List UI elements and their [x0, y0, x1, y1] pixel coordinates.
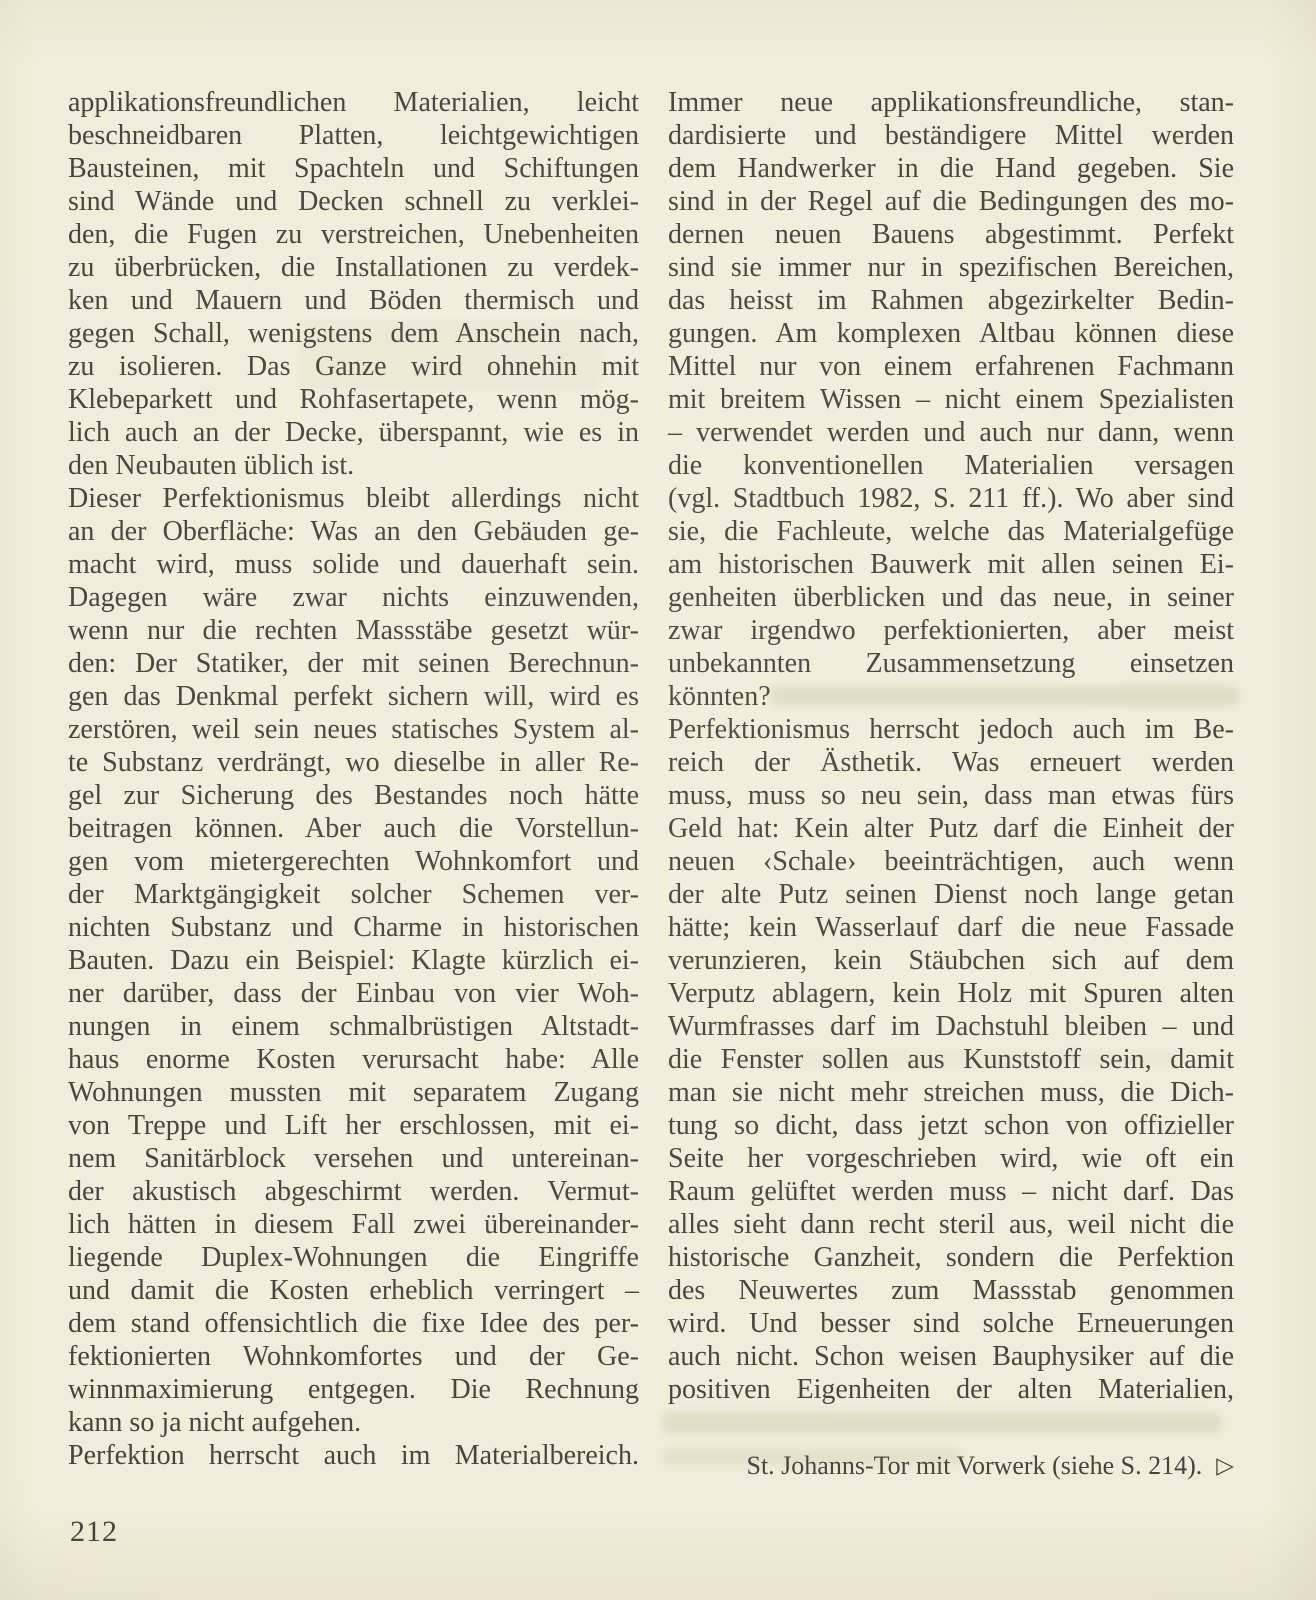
text-line: kann so ja nicht aufgehen. [68, 1406, 639, 1439]
text-line: nem Sanitärblock versehen und untereinan… [68, 1142, 639, 1175]
text-line: nungen in einem schmalbrüstigen Altstadt… [68, 1010, 639, 1043]
text-line: genheiten überblicken und das neue, in s… [668, 581, 1234, 614]
text-line: verunzieren, kein Stäubchen sich auf dem [668, 944, 1234, 977]
text-line: könnten? [668, 680, 1234, 713]
text-line: die Fenster sollen aus Kunststoff sein, … [668, 1043, 1234, 1076]
left-text-column: applikationsfreundlichen Materialien, le… [68, 86, 639, 1472]
text-line: Raum gelüftet werden muss – nicht darf. … [668, 1175, 1234, 1208]
text-line: Dieser Perfektionismus bleibt allerdings… [68, 482, 639, 515]
text-line: reich der Ästhetik. Was erneuert werden [668, 746, 1234, 779]
text-line: lich auch an der Decke, überspannt, wie … [68, 416, 639, 449]
text-line: applikationsfreundlichen Materialien, le… [68, 86, 639, 119]
text-line: ner darüber, dass der Einbau von vier Wo… [68, 977, 639, 1010]
text-line: Klebeparkett und Rohfasertapete, wenn mö… [68, 383, 639, 416]
text-line: macht wird, muss solide und dauerhaft se… [68, 548, 639, 581]
text-line: mit breitem Wissen – nicht einem Spezial… [668, 383, 1234, 416]
text-line: den: Der Statiker, der mit seinen Berech… [68, 647, 639, 680]
text-line: auch nicht. Schon weisen Bauphysiker auf… [668, 1340, 1234, 1373]
text-line: dem stand offensichtlich die fixe Idee d… [68, 1307, 639, 1340]
text-line: dem Handwerker in die Hand gegeben. Sie [668, 152, 1234, 185]
text-line: den, die Fugen zu verstreichen, Unebenhe… [68, 218, 639, 251]
text-line: beitragen können. Aber auch die Vorstell… [68, 812, 639, 845]
text-line: neuen ‹Schale› beeinträchtigen, auch wen… [668, 845, 1234, 878]
text-line: von Treppe und Lift her erschlossen, mit… [68, 1109, 639, 1142]
text-line: – verwendet werden und auch nur dann, we… [668, 416, 1234, 449]
text-line: alles sieht dann recht steril aus, weil … [668, 1208, 1234, 1241]
page-number: 212 [70, 1515, 118, 1549]
text-line: an der Oberfläche: Was an den Gebäuden g… [68, 515, 639, 548]
text-line: tung so dicht, dass jetzt schon von offi… [668, 1109, 1234, 1142]
text-line: te Substanz verdrängt, wo dieselbe in al… [68, 746, 639, 779]
photo-caption: St. Johanns-Tor mit Vorwerk (siehe S. 21… [668, 1449, 1234, 1484]
text-line: Seite her vorgeschrieben wird, wie oft e… [668, 1142, 1234, 1175]
text-line: Immer neue applikationsfreundliche, stan… [668, 86, 1234, 119]
show-through-artifact [662, 1412, 1222, 1434]
text-line: Wohnungen mussten mit separatem Zugang [68, 1076, 639, 1109]
text-line: ken und Mauern und Böden thermisch und [68, 284, 639, 317]
text-line: zu isolieren. Das Ganze wird ohnehin mit [68, 350, 639, 383]
text-line: dardisierte und beständigere Mittel werd… [668, 119, 1234, 152]
book-page: applikationsfreundlichen Materialien, le… [0, 0, 1316, 1600]
text-line: unbekannten Zusammensetzung einsetzen [668, 647, 1234, 680]
caption-arrow-icon: ▷ [1216, 1453, 1234, 1479]
text-line: gegen Schall, wenigstens dem Anschein na… [68, 317, 639, 350]
text-line: Bausteinen, mit Spachteln und Schiftunge… [68, 152, 639, 185]
text-line: wird. Und besser sind solche Erneuerunge… [668, 1307, 1234, 1340]
text-line: sind in der Regel auf die Bedingungen de… [668, 185, 1234, 218]
text-line: gungen. Am komplexen Altbau können diese [668, 317, 1234, 350]
text-line: am historischen Bauwerk mit allen seinen… [668, 548, 1234, 581]
text-line: historische Ganzheit, sondern die Perfek… [668, 1241, 1234, 1274]
text-line: Verputz ablagern, kein Holz mit Spuren a… [668, 977, 1234, 1010]
text-line: gen das Denkmal perfekt sichern will, wi… [68, 680, 639, 713]
text-line: der Marktgängigkeit solcher Schemen ver- [68, 878, 639, 911]
text-line: der akustisch abgeschirmt werden. Vermut… [68, 1175, 639, 1208]
text-line: den Neubauten üblich ist. [68, 449, 639, 482]
text-line: das heisst im Rahmen abgezirkelter Bedin… [668, 284, 1234, 317]
text-line: zwar irgendwo perfektionierten, aber mei… [668, 614, 1234, 647]
text-line: hätte; kein Wasserlauf darf die neue Fas… [668, 911, 1234, 944]
text-line: haus enorme Kosten verursacht habe: Alle [68, 1043, 639, 1076]
text-line: winnmaximierung entgegen. Die Rechnung [68, 1373, 639, 1406]
text-line: dernen neuen Bauens abgestimmt. Perfekt [668, 218, 1234, 251]
text-line: sind sie immer nur in spezifischen Berei… [668, 251, 1234, 284]
text-line: Geld hat: Kein alter Putz darf die Einhe… [668, 812, 1234, 845]
text-line: man sie nicht mehr streichen muss, die D… [668, 1076, 1234, 1109]
text-line: Perfektion herrscht auch im Materialbere… [68, 1439, 639, 1472]
text-line: zu überbrücken, die Installationen zu ve… [68, 251, 639, 284]
text-line: sind Wände und Decken schnell zu verklei… [68, 185, 639, 218]
text-line: und damit die Kosten erheblich verringer… [68, 1274, 639, 1307]
text-line: Bauten. Dazu ein Beispiel: Klagte kürzli… [68, 944, 639, 977]
text-line: positiven Eigenheiten der alten Material… [668, 1373, 1234, 1406]
text-line: (vgl. Stadtbuch 1982, S. 211 ff.). Wo ab… [668, 482, 1234, 515]
right-text-column: Immer neue applikationsfreundliche, stan… [668, 86, 1234, 1406]
text-line: nichten Substanz und Charme in historisc… [68, 911, 639, 944]
text-line: gen vom mietergerechten Wohnkomfort und [68, 845, 639, 878]
text-line: Dagegen wäre zwar nichts einzuwenden, [68, 581, 639, 614]
text-line: der alte Putz seinen Dienst noch lange g… [668, 878, 1234, 911]
text-line: gel zur Sicherung des Bestandes noch hät… [68, 779, 639, 812]
text-line: muss, muss so neu sein, dass man etwas f… [668, 779, 1234, 812]
text-line: fektionierten Wohnkomfortes und der Ge- [68, 1340, 639, 1373]
text-line: des Neuwertes zum Massstab genommen [668, 1274, 1234, 1307]
text-line: sie, die Fachleute, welche das Materialg… [668, 515, 1234, 548]
text-line: zerstören, weil sein neues statisches Sy… [68, 713, 639, 746]
text-line: beschneidbaren Platten, leichtgewichtige… [68, 119, 639, 152]
photo-caption-text: St. Johanns-Tor mit Vorwerk (siehe S. 21… [746, 1451, 1202, 1480]
text-line: Wurmfrasses darf im Dachstuhl bleiben – … [668, 1010, 1234, 1043]
text-line: die konventionellen Materialien versagen [668, 449, 1234, 482]
text-line: Perfektionismus herrscht jedoch auch im … [668, 713, 1234, 746]
text-line: liegende Duplex-Wohnungen die Eingriffe [68, 1241, 639, 1274]
text-line: wenn nur die rechten Massstäbe gesetzt w… [68, 614, 639, 647]
text-line: lich hätten in diesem Fall zwei übereina… [68, 1208, 639, 1241]
text-line: Mittel nur von einem erfahrenen Fachmann [668, 350, 1234, 383]
